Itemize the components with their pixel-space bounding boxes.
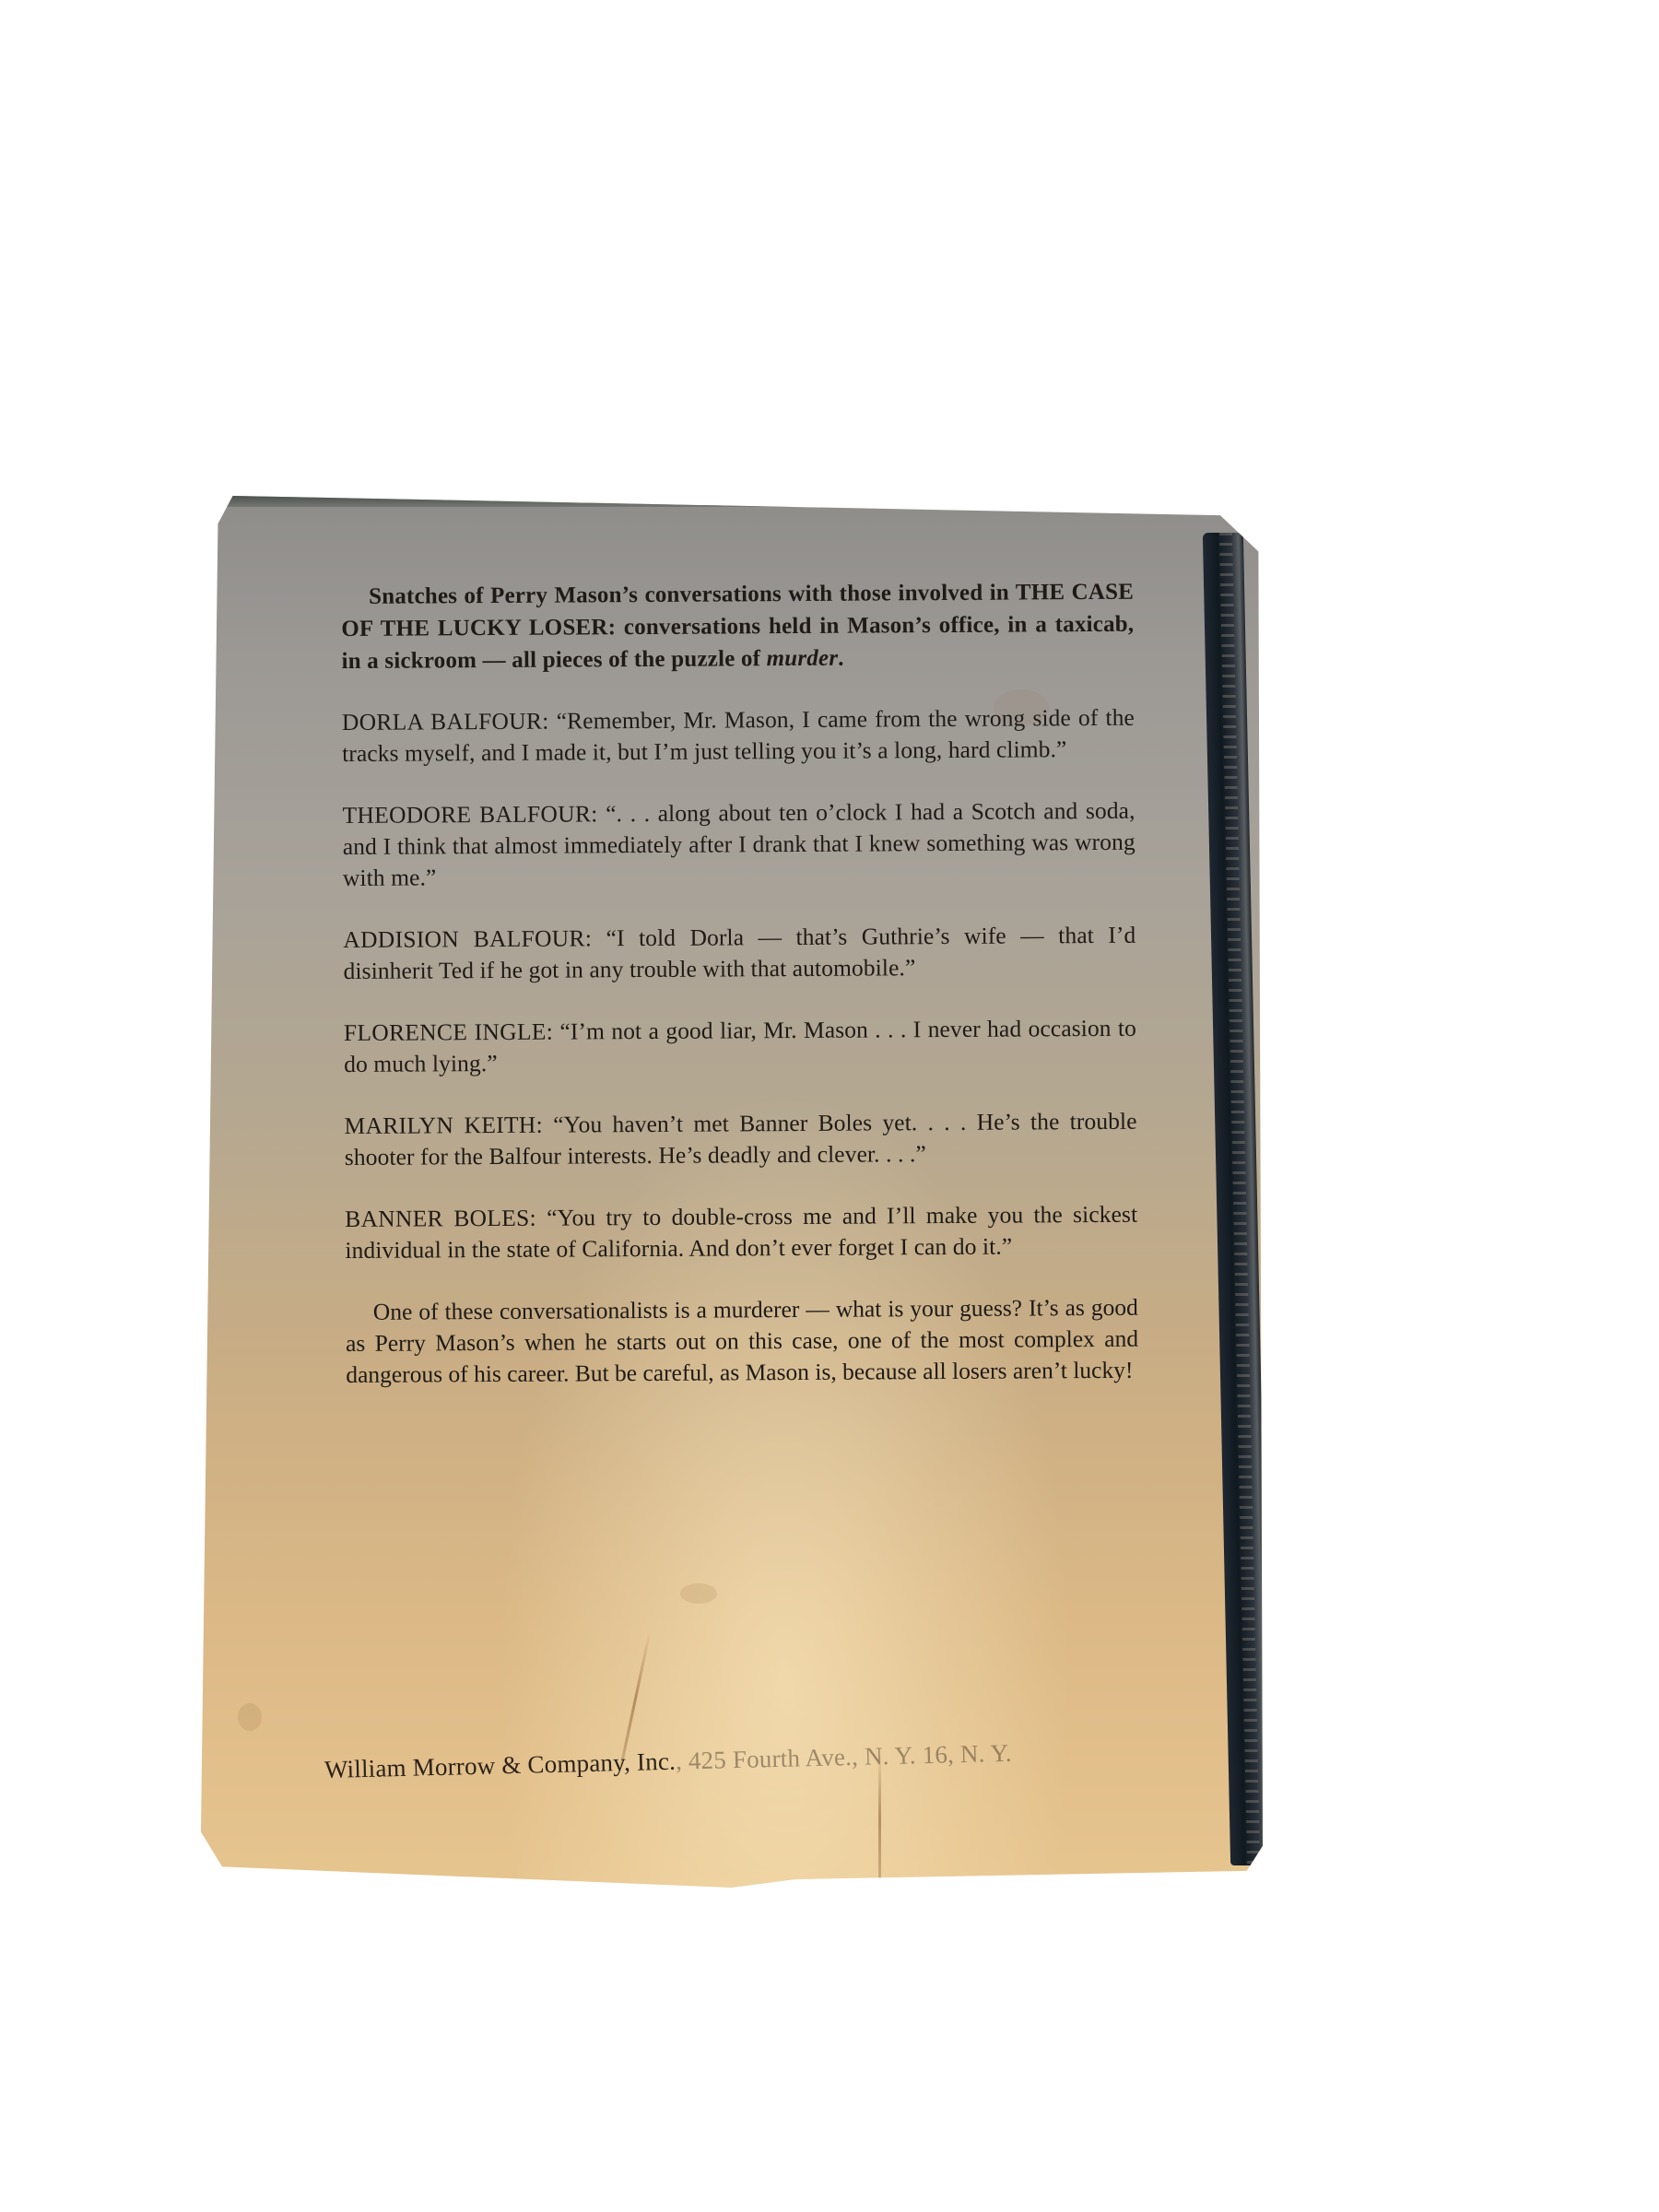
quote-speaker: BANNER BOLES: (345, 1205, 536, 1232)
paper-stain (680, 1583, 717, 1604)
intro-text: Snatches of Perry Mason’s conversations … (369, 581, 1016, 609)
intro-end: . (838, 646, 844, 671)
intro-paragraph: Snatches of Perry Mason’s conversations … (341, 576, 1135, 677)
quote-addision-balfour: ADDISION BALFOUR: “I told Dorla — that’s… (343, 920, 1135, 987)
quote-speaker: MARILYN KEITH: (345, 1112, 544, 1139)
intro-emphasis: murder (767, 646, 839, 671)
quote-speaker: ADDISION BALFOUR: (343, 924, 592, 953)
quote-marilyn-keith: MARILYN KEITH: “You haven’t met Banner B… (345, 1106, 1137, 1173)
paper-crease (619, 1630, 651, 1766)
quote-banner-boles: BANNER BOLES: “You try to double-cross m… (345, 1199, 1137, 1266)
quote-dorla-balfour: DORLA BALFOUR: “Remember, Mr. Mason, I c… (342, 702, 1135, 770)
quote-florence-ingle: FLORENCE INGLE: “I’m not a good liar, Mr… (344, 1013, 1136, 1080)
paper-stain (238, 1703, 262, 1731)
quote-theodore-balfour: THEODORE BALFOUR: “. . . along about ten… (342, 795, 1135, 894)
quote-speaker: THEODORE BALFOUR: (342, 800, 597, 829)
quote-speaker: FLORENCE INGLE: (344, 1018, 553, 1046)
book-spine (1203, 533, 1271, 1865)
closing-paragraph: One of these conversationalists is a mur… (346, 1292, 1139, 1391)
photo-scene: Snatches of Perry Mason’s conversations … (0, 0, 1659, 2212)
quote-speaker: DORLA BALFOUR: (342, 708, 549, 735)
jacket-copy: Snatches of Perry Mason’s conversations … (341, 576, 1138, 1391)
